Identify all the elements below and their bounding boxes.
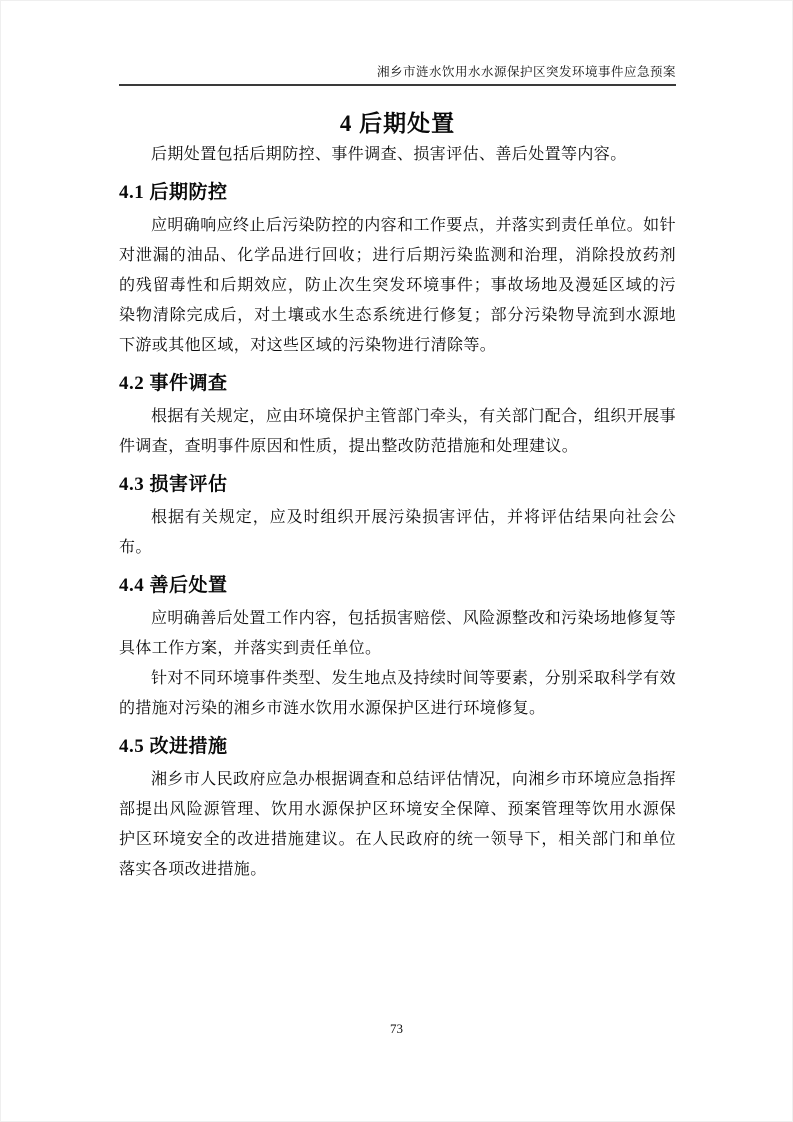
section-4-2-paragraph: 根据有关规定，应由环境保护主管部门牵头，有关部门配合，组织开展事件调查，查明事件… — [119, 402, 676, 462]
section-heading-4-2: 4.2 事件调查 — [119, 368, 676, 399]
section-4-3-paragraph: 根据有关规定，应及时组织开展污染损害评估，并将评估结果向社会公布。 — [119, 503, 676, 563]
header-title: 湘乡市涟水饮用水水源保护区突发环境事件应急预案 — [377, 65, 676, 79]
document-page: 湘乡市涟水饮用水水源保护区突发环境事件应急预案 4 后期处置 后期处置包括后期防… — [0, 0, 793, 1122]
section-heading-4-1: 4.1 后期防控 — [119, 177, 676, 208]
intro-paragraph: 后期处置包括后期防控、事件调查、损害评估、善后处置等内容。 — [119, 140, 676, 170]
page-number: 73 — [390, 1021, 403, 1036]
section-heading-4-5: 4.5 改进措施 — [119, 731, 676, 762]
page-footer: 73 — [1, 1021, 792, 1037]
section-heading-4-3: 4.3 损害评估 — [119, 469, 676, 500]
section-4-4-paragraph-2: 针对不同环境事件类型、发生地点及持续时间等要素，分别采取科学有效的措施对污染的湘… — [119, 664, 676, 724]
section-4-1-paragraph: 应明确响应终止后污染防控的内容和工作要点，并落实到责任单位。如针对泄漏的油品、化… — [119, 211, 676, 361]
document-header: 湘乡市涟水饮用水水源保护区突发环境事件应急预案 — [119, 1, 676, 86]
section-4-4-paragraph-1: 应明确善后处置工作内容，包括损害赔偿、风险源整改和污染场地修复等具体工作方案，并… — [119, 604, 676, 664]
section-4-5-paragraph: 湘乡市人民政府应急办根据调查和总结评估情况，向湘乡市环境应急指挥部提出风险源管理… — [119, 765, 676, 885]
page-content: 湘乡市涟水饮用水水源保护区突发环境事件应急预案 4 后期处置 后期处置包括后期防… — [119, 1, 676, 885]
section-heading-4-4: 4.4 善后处置 — [119, 570, 676, 601]
chapter-title: 4 后期处置 — [119, 108, 676, 140]
